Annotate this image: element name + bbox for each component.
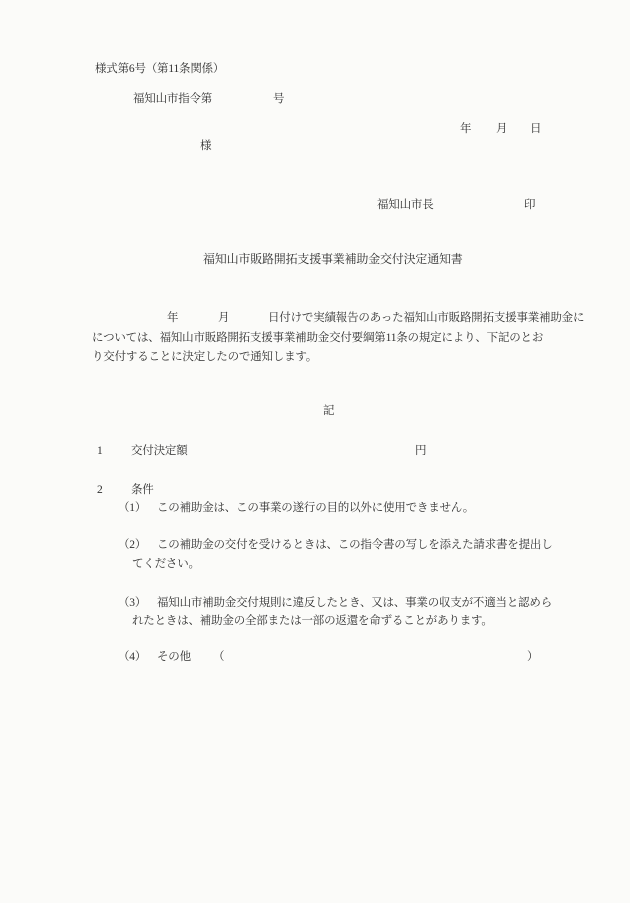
condition2-text-line1: この補助金の交付を受けるときは、この指令書の写しを添えた請求書を提出し bbox=[157, 538, 553, 552]
condition4-open-paren: （ bbox=[213, 650, 224, 664]
record-mark: 記 bbox=[323, 404, 334, 418]
condition3-text-line1: 福知山市補助金交付規則に違反したとき、又は、事業の収支が不適当と認めら bbox=[157, 596, 552, 610]
condition1-number: （1） bbox=[118, 501, 146, 515]
date-year-label: 年 bbox=[460, 122, 471, 136]
condition4-label: その他 bbox=[157, 650, 191, 664]
body-line2-text: については、福知山市販路開拓支援事業補助金交付要綱第11条の規定により、下記のと… bbox=[92, 331, 543, 345]
issuer-title: 福知山市長 bbox=[377, 198, 434, 212]
date-month-label: 月 bbox=[496, 122, 507, 136]
condition4-close-paren: ） bbox=[527, 650, 538, 664]
item2-number: 2 bbox=[97, 483, 103, 497]
document-title: 福知山市販路開拓支援事業補助金交付決定通知書 bbox=[203, 252, 463, 266]
item1-label: 交付決定額 bbox=[131, 444, 188, 458]
item1-unit-yen: 円 bbox=[415, 444, 426, 458]
addressee-honorific: 様 bbox=[200, 139, 211, 153]
condition3-text-line2: れたときは、補助金の全部または一部の返還を命ずることがあります。 bbox=[132, 614, 493, 628]
body-date-month: 月 bbox=[218, 311, 229, 325]
condition2-text-line2: てください。 bbox=[132, 557, 200, 571]
item1-number: 1 bbox=[97, 444, 103, 458]
body-line3-text: り交付することに決定したので通知します。 bbox=[92, 350, 317, 364]
condition1-text: この補助金は、この事業の遂行の目的以外に使用できません。 bbox=[157, 501, 474, 515]
document-page: 様式第6号（第11条関係） 福知山市指令第 号 年 月 日 様 福知山市長 印 … bbox=[0, 0, 630, 903]
body-date-year: 年 bbox=[167, 311, 178, 325]
directive-suffix: 号 bbox=[273, 92, 284, 106]
directive-prefix: 福知山市指令第 bbox=[133, 92, 212, 106]
date-day-label: 日 bbox=[530, 122, 541, 136]
condition2-number: （2） bbox=[118, 538, 146, 552]
condition3-number: （3） bbox=[118, 596, 146, 610]
condition4-number: （4） bbox=[118, 650, 146, 664]
issuer-seal-mark: 印 bbox=[524, 198, 535, 212]
item2-label: 条件 bbox=[131, 483, 154, 497]
body-line1-text: 日付けで実績報告のあった福知山市販路開拓支援事業補助金に bbox=[268, 311, 584, 325]
form-number: 様式第6号（第11条関係） bbox=[95, 62, 224, 76]
